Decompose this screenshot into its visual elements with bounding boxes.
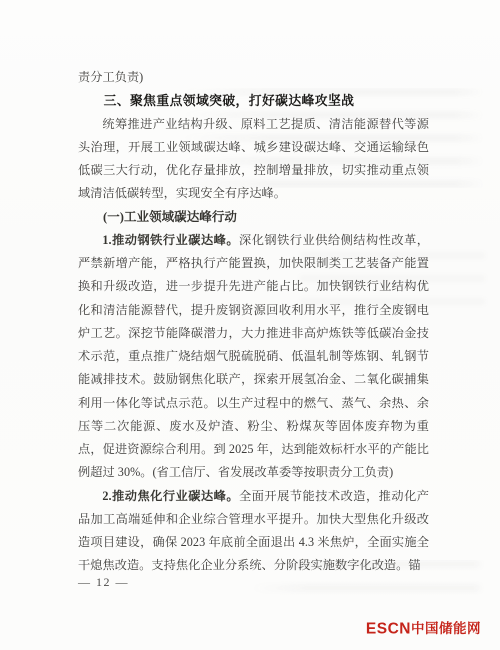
item-1-paragraph: 1.推动钢铁行业碳达峰。深化钢铁行业供给侧结构性改革，严禁新增产能，严格执行产能… — [78, 229, 429, 485]
item-2-lead: 2.推动焦化行业碳达峰。 — [102, 489, 239, 503]
item-1-body: 深化钢铁行业供给侧结构性改革，严禁新增产能，严格执行产能置换，加快限制类工艺装备… — [78, 233, 429, 480]
document-content: 责分工负责) 三、聚焦重点领域突破，打好碳达峰攻坚战 统筹推进产业结构升级、原料… — [78, 66, 429, 578]
page-number: — 12 — — [78, 575, 129, 590]
section-heading: 三、聚焦重点领域突破，打好碳达峰攻坚战 — [78, 89, 429, 112]
intro-paragraph: 统筹推进产业结构升级、原料工艺提质、清洁能源替代等源头治理，开展工业领域碳达峰、… — [78, 113, 429, 206]
escn-logo-text: ESCN — [366, 621, 411, 638]
item-2-paragraph: 2.推动焦化行业碳达峰。全面开展节能技术改造，推动化产品加工高端延伸和企业综合管… — [78, 485, 429, 578]
scanned-document-page: 责分工负责) 三、聚焦重点领域突破，打好碳达峰攻坚战 统筹推进产业结构升级、原料… — [0, 0, 500, 650]
item-1-lead: 1.推动钢铁行业碳达峰。 — [102, 233, 239, 247]
subsection-heading: (一)工业领域碳达峰行动 — [78, 206, 429, 229]
continuation-line: 责分工负责) — [78, 66, 429, 89]
escn-watermark: ESCN中国储能网 — [366, 617, 481, 639]
escn-cjk-text: 中国储能网 — [411, 621, 481, 636]
